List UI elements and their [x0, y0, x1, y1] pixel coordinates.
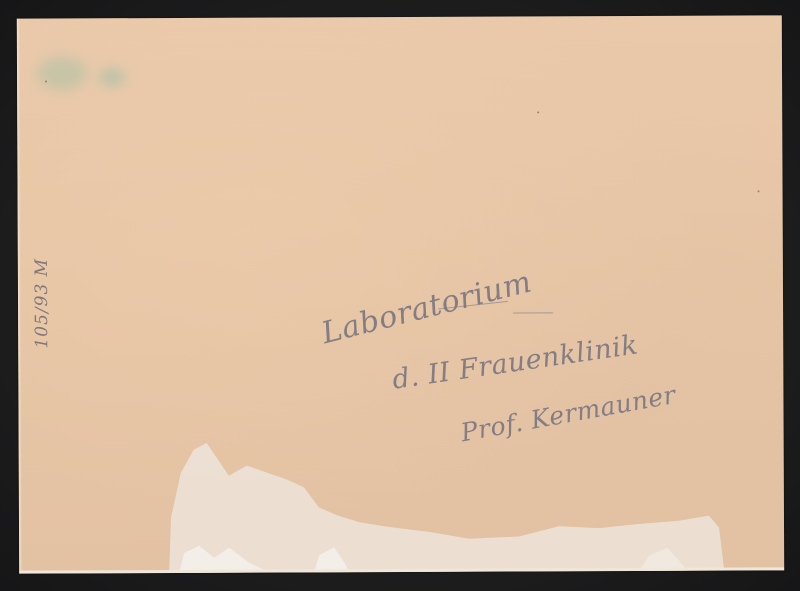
water-stain — [17, 15, 784, 573]
archive-number-note: 105/93 M — [32, 239, 54, 349]
paper-speck — [758, 190, 760, 192]
photo-back-paper: 105/93 M Laboratorium d. II Frauenklinik… — [17, 15, 784, 573]
paper-speck — [537, 111, 539, 113]
paper-speck — [45, 81, 47, 83]
pencil-underline-mark — [513, 312, 553, 313]
